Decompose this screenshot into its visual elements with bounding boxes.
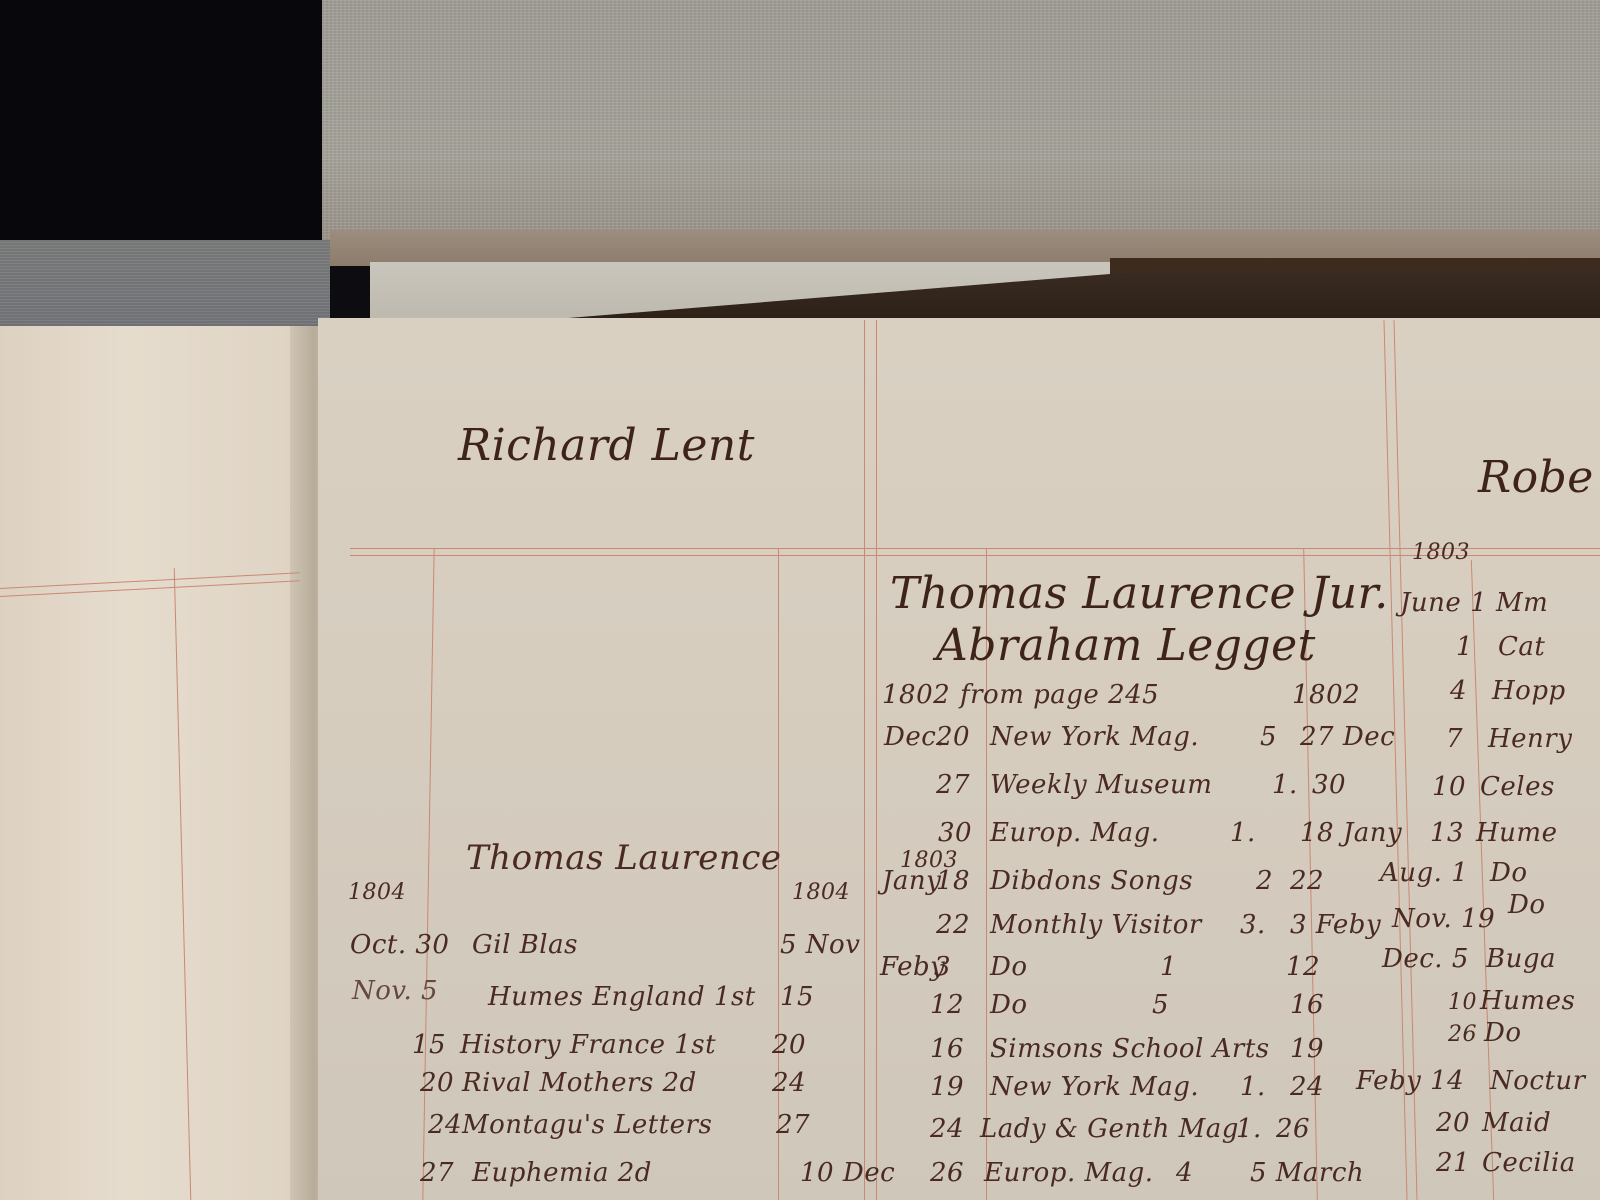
entry-title: Humes <box>1480 986 1575 1016</box>
year-right: 1804 <box>792 880 850 905</box>
entry-title: Do <box>990 952 1028 982</box>
entry-return: 24 <box>1290 1072 1324 1102</box>
entry-title: Do <box>990 990 1028 1020</box>
account-name-line2: Abraham Legget <box>936 620 1316 671</box>
entry-return: 5 Nov <box>780 930 860 960</box>
entry-date: 20 <box>936 722 970 752</box>
entry-title: Rival Mothers 2d <box>462 1068 697 1098</box>
entry-date: 10 <box>1432 772 1466 802</box>
account-name-line1: Thomas Laurence Jur. <box>890 568 1389 619</box>
left-page <box>0 326 315 1200</box>
entry-date: Nov. 5 <box>352 976 438 1006</box>
entry-date: 1 <box>1456 632 1473 662</box>
account-header-robe: Robe <box>1478 452 1594 503</box>
entry-return: 24 <box>772 1068 806 1098</box>
entry-date: 21 <box>1436 1148 1470 1178</box>
entry-return: 26 <box>1276 1114 1310 1144</box>
entry-title: History France 1st <box>460 1030 716 1060</box>
entry-date: 22 <box>936 910 970 940</box>
entry-return: 3 Feby <box>1290 910 1381 940</box>
entry-title: Celes <box>1480 772 1555 802</box>
entry-title: New York Mag. <box>990 1072 1199 1102</box>
entry-date: 24 <box>428 1110 462 1140</box>
account-header-richard-lent: Richard Lent <box>458 420 755 471</box>
entry-date: 27 <box>936 770 970 800</box>
entry-date: 24 <box>930 1114 964 1144</box>
entry-return: 16 <box>1290 990 1324 1020</box>
entry-title: Hume <box>1476 818 1557 848</box>
dark-background <box>0 0 330 245</box>
cloth-book-cover <box>322 0 1600 262</box>
entry-date: Oct. 30 <box>350 930 449 960</box>
entry-date: Feby 14 <box>1356 1066 1464 1096</box>
entry-return: 5 March <box>1250 1158 1364 1188</box>
entry-title: Lady & Genth Mag. <box>980 1114 1248 1144</box>
entry-title: Humes England 1st <box>488 982 756 1012</box>
entry-return: 30 <box>1312 770 1346 800</box>
entry-month: Jany <box>882 866 941 896</box>
entry-title: Europ. Mag. <box>990 818 1160 848</box>
year: 1803 <box>1412 540 1470 565</box>
entry-return: 22 <box>1290 866 1324 896</box>
entry-date: 20 <box>420 1068 454 1098</box>
entry-date: 16 <box>930 1034 964 1064</box>
entry-vol: 3. <box>1240 910 1266 940</box>
entry-date: Nov. 19 <box>1392 904 1495 934</box>
entry-title: Simsons School Arts <box>990 1034 1270 1064</box>
entry-date: 27 <box>420 1158 454 1188</box>
entry-vol: 1. <box>1236 1114 1262 1144</box>
entry-date: 19 <box>930 1072 964 1102</box>
ruling-line <box>876 320 877 1200</box>
entry-vol: 1 <box>1160 952 1177 982</box>
entry-return: 15 <box>780 982 814 1012</box>
entry-date: 26 <box>1448 1022 1477 1047</box>
entry-return: 10 Dec <box>800 1158 895 1188</box>
entry-date: Aug. 1 <box>1380 858 1468 888</box>
entry-title: Mm <box>1496 588 1548 618</box>
entry-date: 12 <box>930 990 964 1020</box>
entry-return: 27 <box>776 1110 810 1140</box>
entry-date: June 1 <box>1400 588 1487 618</box>
entry-title: Hopp <box>1492 676 1566 706</box>
entry-vol: 2 <box>1256 866 1273 896</box>
entry-return: 12 <box>1286 952 1320 982</box>
entry-date: 10 <box>1448 990 1477 1015</box>
entry-vol: 1. <box>1272 770 1298 800</box>
entry-date: 20 <box>1436 1108 1470 1138</box>
year-left: 1804 <box>348 880 406 905</box>
entry-title: Buga <box>1486 944 1556 974</box>
entry-title: Monthly Visitor <box>990 910 1202 940</box>
entry-date: 15 <box>412 1030 446 1060</box>
entry-title: New York Mag. <box>990 722 1199 752</box>
entry-vol: 1. <box>1230 818 1256 848</box>
entry-title: Montagu's Letters <box>462 1110 712 1140</box>
entry-date: 7 <box>1446 724 1463 754</box>
entry-title: Noctur <box>1490 1066 1586 1096</box>
entry-title: Cecilia <box>1482 1148 1576 1178</box>
carried-forward-note: from page 245 <box>960 680 1159 710</box>
entry-title: Euphemia 2d <box>472 1158 652 1188</box>
entry-vol: 1. <box>1240 1072 1266 1102</box>
ruling-line <box>864 320 865 1200</box>
entry-return: 20 <box>772 1030 806 1060</box>
entry-return: 27 Dec <box>1300 722 1395 752</box>
entry-title: Do <box>1484 1018 1522 1048</box>
entry-title: Weekly Museum <box>990 770 1212 800</box>
entry-vol: 5 <box>1260 722 1277 752</box>
entry-date: 4 <box>1450 676 1467 706</box>
entry-title: Do <box>1490 858 1528 888</box>
year-left: 1802 <box>882 680 950 710</box>
entry-date: Dec. 5 <box>1382 944 1469 974</box>
entry-return: 19 <box>1290 1034 1324 1064</box>
entry-date: 30 <box>938 818 972 848</box>
entry-title: Henry <box>1488 724 1572 754</box>
entry-date: 26 <box>930 1158 964 1188</box>
entry-return: 18 Jany <box>1300 818 1402 848</box>
entry-date: 13 <box>1430 818 1464 848</box>
entry-title: Cat <box>1498 632 1545 662</box>
entry-date: 18 <box>936 866 970 896</box>
account-name-thomas-laurence: Thomas Laurence <box>466 838 782 878</box>
year-right: 1802 <box>1292 680 1360 710</box>
entry-date: 3 <box>934 952 951 982</box>
entry-title: Gil Blas <box>472 930 578 960</box>
entry-vol: 4 <box>1176 1158 1193 1188</box>
entry-title: Do <box>1508 890 1546 920</box>
entry-title: Maid <box>1482 1108 1551 1138</box>
cloth-spine-strip <box>0 240 330 330</box>
entry-title: Dibdons Songs <box>990 866 1193 896</box>
entry-title: Europ. Mag. <box>984 1158 1154 1188</box>
entry-vol: 5 <box>1152 990 1169 1020</box>
